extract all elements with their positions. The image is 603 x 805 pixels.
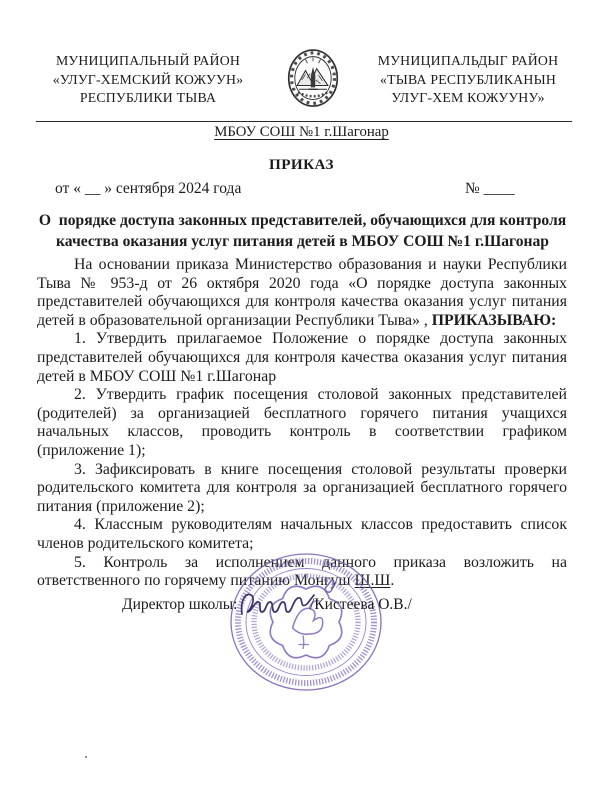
district-emblem-icon (285, 45, 341, 113)
scan-artifact-dot (85, 756, 87, 758)
header-divider (36, 121, 572, 122)
signature-label: Директор школы: (122, 596, 237, 614)
date-number-row: от « __ » сентября 2024 года № ____ (37, 180, 568, 200)
order-item: 1. Утвердить прилагаемое Положение о пор… (37, 330, 567, 386)
school-name: МБОУ СОШ №1 г.Шагонар (0, 124, 603, 141)
document-page: МУНИЦИПАЛЬНЫЙ РАЙОН «УЛУГ-ХЕМСКИЙ КОЖУУН… (0, 0, 603, 805)
org-line: МУНИЦИПАЛЬДЫГ РАЙОН (358, 52, 578, 71)
order-date: от « __ » сентября 2024 года (55, 180, 241, 198)
order-subject-title: О порядке доступа законных представителе… (37, 211, 568, 252)
org-line: МУНИЦИПАЛЬНЫЙ РАЙОН (38, 52, 258, 71)
order-number: № ____ (465, 180, 515, 198)
org-name-tuvan: МУНИЦИПАЛЬДЫГ РАЙОН «ТЫВА РЕСПУБЛИКАНЫН … (358, 52, 578, 108)
order-item: 3. Зафиксировать в книге посещения столо… (37, 461, 567, 517)
org-line: УЛУГ-ХЕМ КОЖУУНУ» (358, 89, 578, 108)
order-item: 2. Утвердить график посещения столовой з… (37, 386, 567, 460)
document-type-title: ПРИКАЗ (0, 156, 603, 174)
order-body: На основании приказа Министерство образо… (37, 256, 567, 591)
org-line: «ТЫВА РЕСПУБЛИКАНЫН (358, 71, 578, 90)
director-signature-icon (238, 586, 318, 626)
org-line: «УЛУГ-ХЕМСКИЙ КОЖУУН» (38, 71, 258, 90)
org-line: РЕСПУБЛИКИ ТЫВА (38, 89, 258, 108)
preamble-paragraph: На основании приказа Министерство образо… (37, 256, 567, 330)
resolution-word: ПРИКАЗЫВАЮ: (432, 312, 557, 329)
director-name: /Кистеева О.В./ (310, 596, 412, 614)
org-name-russian: МУНИЦИПАЛЬНЫЙ РАЙОН «УЛУГ-ХЕМСКИЙ КОЖУУН… (38, 52, 258, 108)
order-item: 4. Классным руководителям начальных клас… (37, 516, 567, 553)
